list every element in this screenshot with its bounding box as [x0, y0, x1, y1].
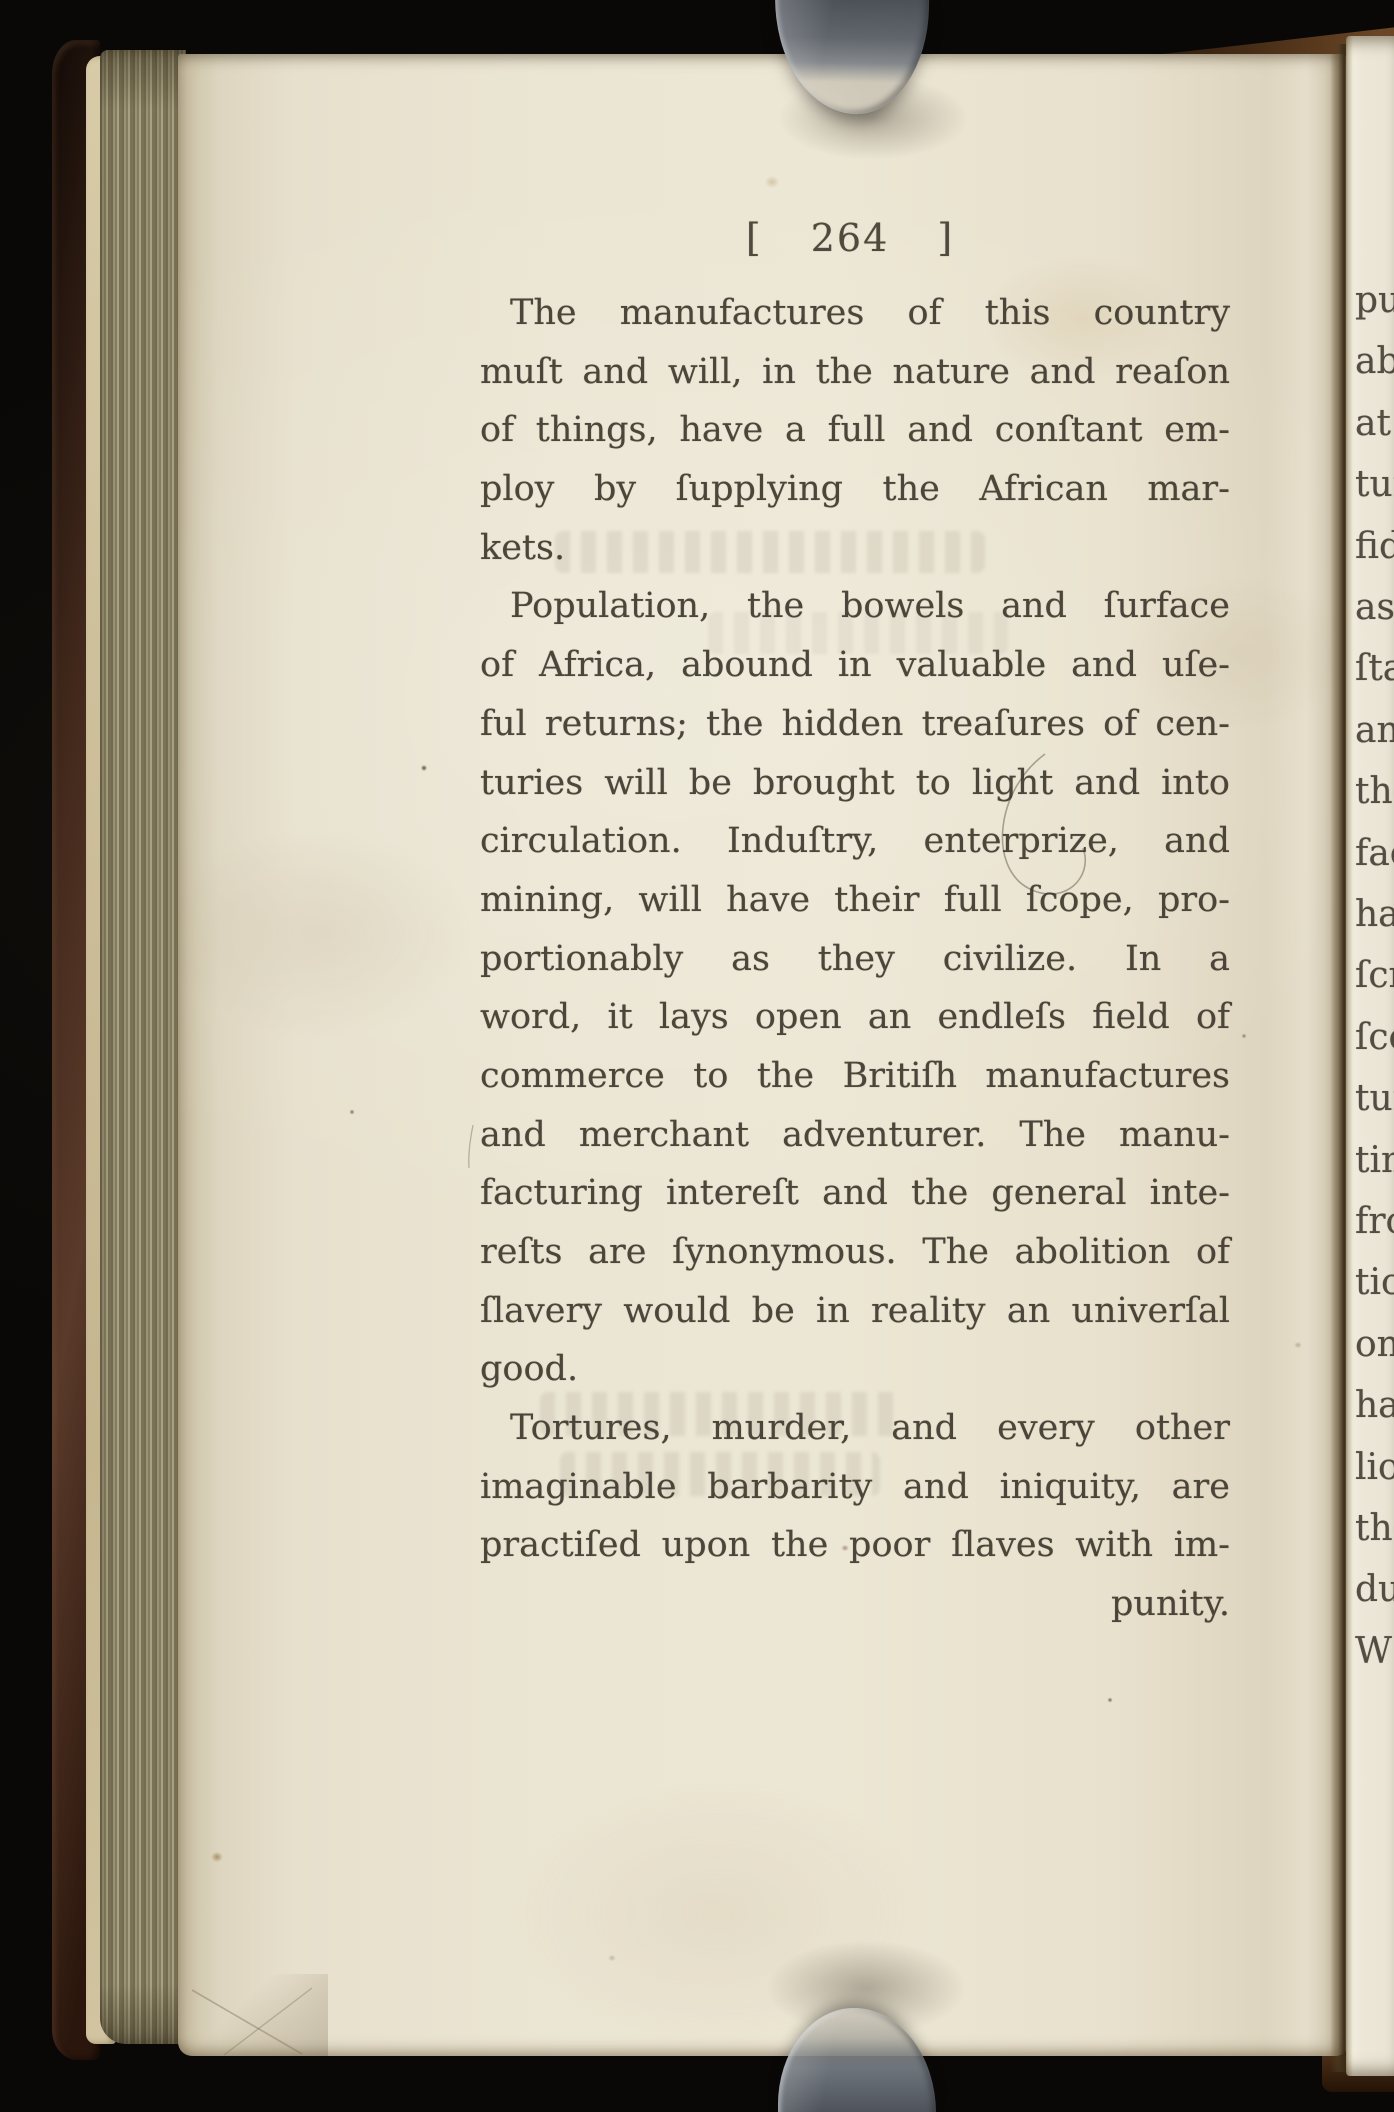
text-fragment: ſco [1355, 1016, 1394, 1060]
text-fragment: habi [1355, 1384, 1394, 1428]
text-line: ſlavery would be in reality an univerſal [480, 1282, 1230, 1341]
text-line: mining, will have their full ſcope, pro- [480, 871, 1230, 930]
text-line: good. [480, 1340, 1230, 1399]
text-line: turies will be brought to light and into [480, 754, 1230, 813]
text-line: ful returns; the hidden treaſures of cen… [480, 695, 1230, 754]
text-line: punity. [480, 1575, 1230, 1634]
text-line: The manufactures of this country [480, 284, 1230, 343]
text-fragment: W [1355, 1630, 1394, 1674]
text-line: ploy by ſupplying the African mar- [480, 460, 1230, 519]
page-number-header: [ 264 ] [480, 216, 1220, 260]
text-fragment: tim [1355, 1139, 1394, 1183]
text-line: imaginable barbarity and iniquity, are [480, 1458, 1230, 1517]
text-fragment: one [1355, 1323, 1394, 1367]
text-fragment: fron [1355, 1200, 1394, 1244]
text-line: portionably as they civilize. In a [480, 930, 1230, 989]
text-line: of things, have a full and conſtant em- [480, 401, 1230, 460]
page-stack-edges [100, 50, 186, 2044]
text-line: Population, the bowels and ſurface [480, 577, 1230, 636]
text-fragment: tho [1355, 770, 1394, 814]
text-fragment: fide [1355, 525, 1394, 569]
text-fragment: at h [1355, 402, 1394, 446]
text-line: kets. [480, 519, 1230, 578]
text-line: and merchant adventurer. The manu- [480, 1106, 1230, 1165]
text-line: word, it lays open an endleſs field of [480, 988, 1230, 1047]
text-fragment: ſcr [1355, 954, 1394, 998]
text-fragment: fact [1355, 832, 1394, 876]
text-fragment: the [1355, 1507, 1394, 1551]
text-fragment: lion [1355, 1446, 1394, 1490]
text-fragment: pun [1355, 279, 1394, 323]
text-line: circulation. Induſtry, enterprize, and [480, 812, 1230, 871]
text-fragment: tur [1355, 1077, 1394, 1121]
page-text-block: The manufactures of this countrymuſt and… [480, 284, 1230, 1634]
text-fragment: and [1355, 709, 1394, 753]
text-line: commerce to the Britiſh manufactures [480, 1047, 1230, 1106]
text-fragment: dual [1355, 1568, 1394, 1612]
book-page-264: [ 264 ] The manufactures of this country… [178, 54, 1348, 2056]
text-line: of Africa, abound in valuable and uſe- [480, 636, 1230, 695]
next-page-sliver: punaboat hturefideas Iſtanandthofacthanſ… [1346, 36, 1394, 2076]
text-fragment: as I [1355, 586, 1394, 630]
text-line: reſts are ſynonymous. The abolition of [480, 1223, 1230, 1282]
text-fragment: han [1355, 893, 1394, 937]
text-fragment: ture [1355, 463, 1394, 507]
text-line: facturing intereſt and the general inte- [480, 1164, 1230, 1223]
text-fragment: tice [1355, 1261, 1394, 1305]
text-line: practiſed upon the poor ſlaves with im- [480, 1516, 1230, 1575]
text-fragment: abo [1355, 340, 1394, 384]
text-fragment: ſtan [1355, 647, 1394, 691]
text-line: Tortures, murder, and every other [480, 1399, 1230, 1458]
photographed-book-scene: [ 264 ] The manufactures of this country… [0, 0, 1394, 2112]
text-line: muſt and will, in the nature and reaſon [480, 343, 1230, 402]
